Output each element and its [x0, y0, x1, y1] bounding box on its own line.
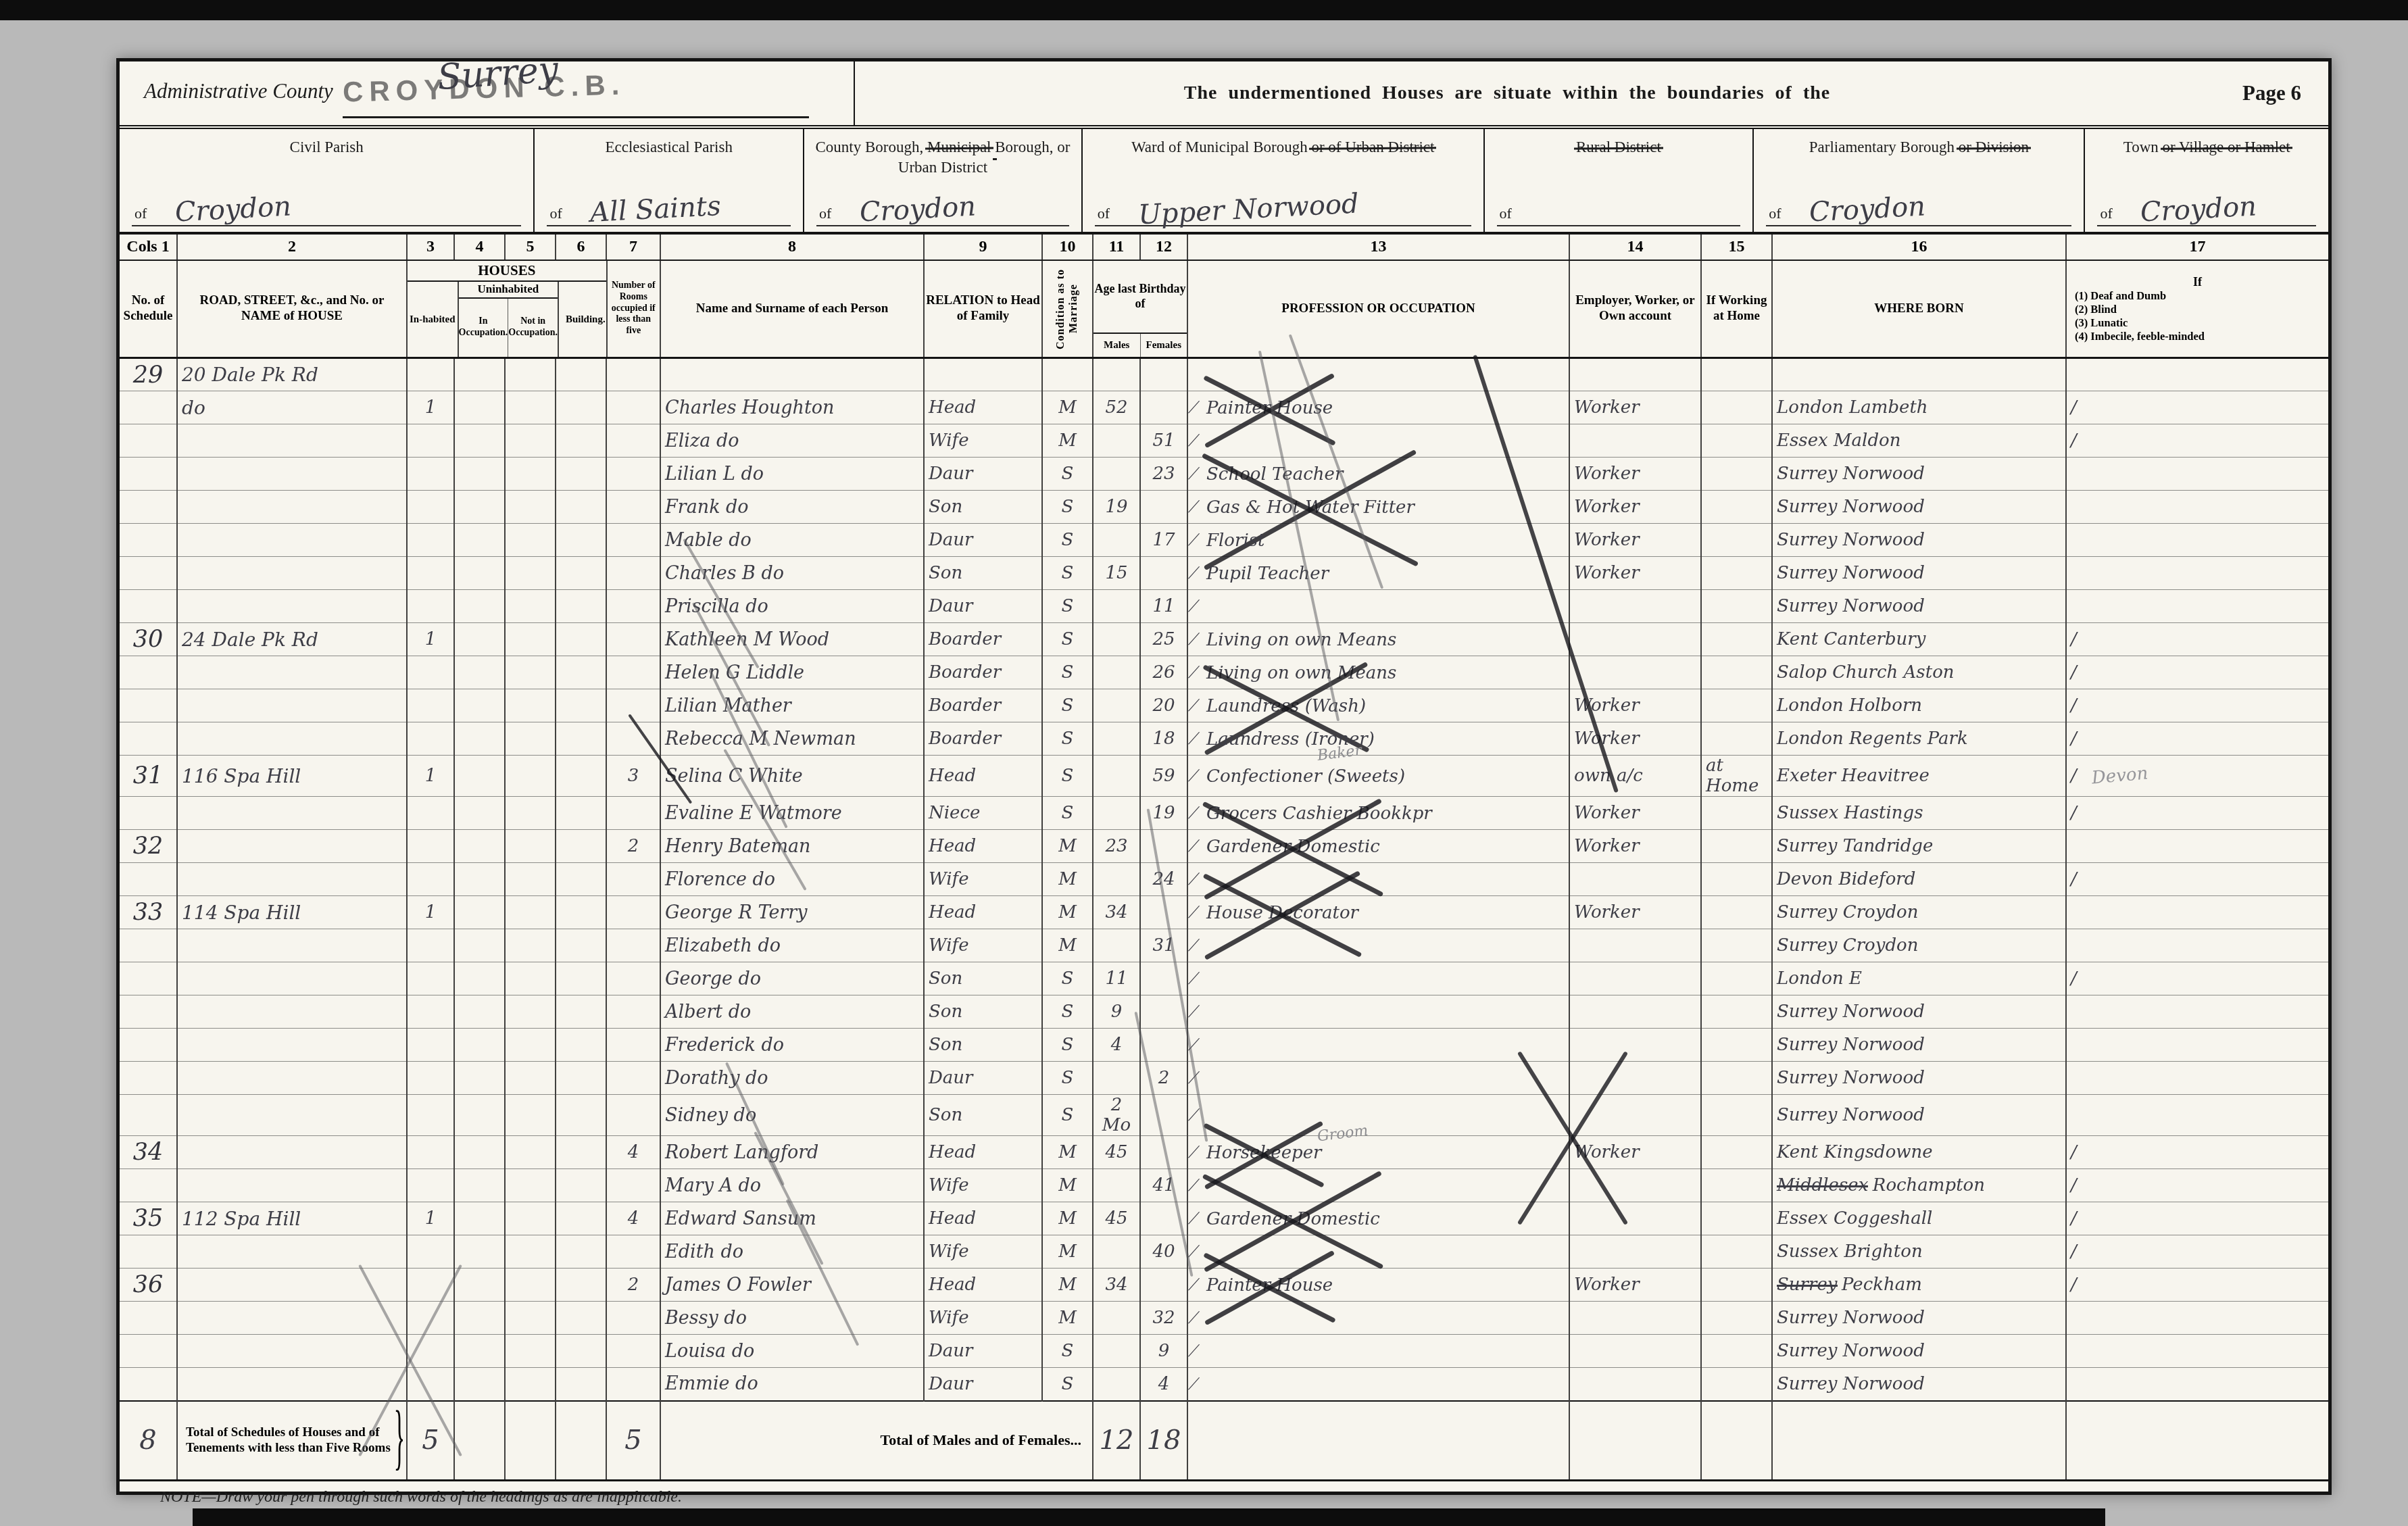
- relation-text: Wife: [929, 1241, 969, 1262]
- col-number-11: 11: [1093, 235, 1140, 260]
- cell-condition: S: [1042, 722, 1093, 756]
- cell-in-occupation: [454, 756, 505, 797]
- cell-road: [177, 1235, 407, 1269]
- person-name: Florence do: [665, 869, 775, 890]
- cell-in-occupation: [454, 1029, 505, 1062]
- cell-age-male: 52: [1093, 391, 1140, 424]
- header-condition: Condition as to Marriage: [1042, 260, 1093, 358]
- road-text: do: [182, 397, 205, 419]
- check-mark: ∕: [1191, 934, 1197, 957]
- cell-name: Robert Langford: [660, 1136, 924, 1169]
- relation-text: Boarder: [929, 695, 1001, 716]
- cell-in-occupation: [454, 623, 505, 656]
- cell-age-male: [1093, 656, 1140, 689]
- header-infirmity: If (1) Deaf and Dumb (2) Blind (3) Lunat…: [2066, 260, 2328, 358]
- cell-age-female: 2: [1140, 1062, 1187, 1095]
- cell-rooms: 4: [606, 1136, 660, 1169]
- cell-at-home: [1701, 1136, 1772, 1169]
- infirmity-mark: /: [2071, 1208, 2077, 1229]
- cell-age-female: 41: [1140, 1169, 1187, 1202]
- cell-profession: ∕: [1187, 863, 1569, 896]
- totals-inhabited: 5: [407, 1401, 454, 1481]
- cell-name: Bessy do: [660, 1302, 924, 1335]
- born-text: London Holborn: [1777, 695, 1922, 716]
- cell-where-born: Surrey Norwood: [1772, 1029, 2066, 1062]
- cell-infirmity: [2066, 557, 2328, 590]
- cell-age-male: 34: [1093, 896, 1140, 929]
- cell-name: [660, 358, 924, 391]
- cell-inhabited: [407, 1169, 454, 1202]
- cell-infirmity: /: [2066, 391, 2328, 424]
- cell-relation: Son: [924, 995, 1042, 1029]
- cell-at-home: [1701, 1062, 1772, 1095]
- cell-relation: Boarder: [924, 722, 1042, 756]
- relation-text: Head: [929, 902, 976, 922]
- check-mark: ∕: [1191, 1306, 1197, 1329]
- rooms-count: 3: [628, 766, 639, 786]
- col-number-1: Cols 1: [120, 235, 177, 260]
- cell-employer: [1569, 1235, 1701, 1269]
- cell-not-in-occupation: [505, 689, 556, 722]
- totals-not-in-occupation: [505, 1401, 556, 1481]
- cell-name: Frank do: [660, 491, 924, 524]
- cell-building: [556, 1202, 606, 1235]
- district-label-part: or Division: [1959, 139, 2029, 155]
- employer-text: Worker: [1574, 397, 1640, 418]
- profession-text: House Decorator: [1206, 903, 1358, 923]
- cell-inhabited: [407, 358, 454, 391]
- cell-where-born: London Regents Park: [1772, 722, 2066, 756]
- cell-condition: S: [1042, 797, 1093, 830]
- cell-road: [177, 1269, 407, 1302]
- check-mark: ∕: [1191, 1000, 1197, 1023]
- infirmity-mark: /: [2071, 803, 2077, 823]
- condition-text: S: [1062, 1035, 1074, 1055]
- cell-relation: Head: [924, 1269, 1042, 1302]
- cell-infirmity: [2066, 929, 2328, 962]
- profession-text: Painter House: [1206, 1275, 1333, 1296]
- cell-relation: Daur: [924, 1335, 1042, 1368]
- cell-not-in-occupation: [505, 1062, 556, 1095]
- infirmity-pencil-note: Devon: [2091, 763, 2149, 788]
- totals-males-females-label: Total of Males and of Females...: [660, 1401, 1093, 1481]
- cell-relation: Wife: [924, 929, 1042, 962]
- cell-at-home: [1701, 995, 1772, 1029]
- cell-employer: Worker: [1569, 797, 1701, 830]
- relation-text: Head: [929, 1275, 976, 1295]
- cell-condition: S: [1042, 995, 1093, 1029]
- person-name: Mable do: [665, 530, 752, 551]
- cell-condition: M: [1042, 1202, 1093, 1235]
- cell-relation: Head: [924, 1136, 1042, 1169]
- cell-rooms: [606, 797, 660, 830]
- relation-text: Daur: [929, 530, 973, 550]
- person-name: Robert Langford: [665, 1142, 818, 1163]
- age-female: 11: [1152, 596, 1175, 616]
- district-label: Ward of Municipal Borough or of Urban Di…: [1083, 137, 1483, 157]
- cell-schedule: [120, 1335, 177, 1368]
- census-table: Cols 1 2 3 4 5 6 7 8 9 10 11 12 13 14 15…: [120, 235, 2328, 1481]
- condition-text: S: [1062, 729, 1074, 749]
- condition-text: S: [1062, 1002, 1074, 1022]
- cell-age-male: [1093, 524, 1140, 557]
- table-row: Albert doSonS9∕Surrey Norwood: [120, 995, 2328, 1029]
- road-text: 116 Spa Hill: [182, 765, 301, 787]
- condition-text: S: [1062, 629, 1074, 649]
- table-row: 31116 Spa Hill13Selina C WhiteHeadS59∕Ba…: [120, 756, 2328, 797]
- administrative-county-value: Surrey: [436, 49, 560, 98]
- check-mark: ∕: [1191, 595, 1197, 618]
- born-text: Surrey Norwood: [1777, 1002, 1925, 1022]
- cell-employer: Worker: [1569, 1269, 1701, 1302]
- employer-text: Worker: [1574, 1142, 1640, 1162]
- cell-age-male: [1093, 689, 1140, 722]
- age-female: 23: [1152, 464, 1175, 484]
- cell-age-male: [1093, 1368, 1140, 1401]
- cell-at-home: [1701, 1302, 1772, 1335]
- cell-at-home: at Home: [1701, 756, 1772, 797]
- cell-rooms: [606, 863, 660, 896]
- cell-profession: ∕Laundress (Wash): [1187, 689, 1569, 722]
- cell-profession: ∕House Decorator: [1187, 896, 1569, 929]
- condition-text: M: [1058, 430, 1077, 451]
- born-text: Surrey Norwood: [1777, 1105, 1925, 1125]
- district-value-line: ofAll Saints: [547, 182, 791, 226]
- totals-females: 18: [1140, 1401, 1187, 1481]
- cell-employer: [1569, 590, 1701, 623]
- relation-text: Boarder: [929, 662, 1001, 683]
- cell-name: James O Fowler: [660, 1269, 924, 1302]
- cell-employer: Worker: [1569, 1136, 1701, 1169]
- person-name: Helen G Liddle: [665, 662, 804, 683]
- cell-rooms: [606, 524, 660, 557]
- cell-employer: own a/c: [1569, 756, 1701, 797]
- header-houses-group: HOUSES In-habited Uninhabited In Occupat…: [407, 260, 660, 358]
- employer-text: Worker: [1574, 464, 1640, 484]
- age-female: 18: [1152, 729, 1175, 749]
- cell-inhabited: [407, 1269, 454, 1302]
- table-row: Helen G LiddleBoarderS26∕Living on own M…: [120, 656, 2328, 689]
- cell-age-male: 9: [1093, 995, 1140, 1029]
- profession-text: Confectioner (Sweets): [1206, 766, 1405, 787]
- check-mark: ∕: [1191, 628, 1197, 651]
- cell-road: [177, 491, 407, 524]
- road-text: 20 Dale Pk Rd: [182, 364, 318, 386]
- admin-county-rule: [343, 116, 809, 118]
- cell-schedule: [120, 1062, 177, 1095]
- person-name: Selina C White: [665, 766, 803, 787]
- cell-where-born: Exeter Heavitree: [1772, 756, 2066, 797]
- cell-schedule: 35: [120, 1202, 177, 1235]
- person-name: Albert do: [665, 1002, 751, 1023]
- cell-relation: Head: [924, 1202, 1042, 1235]
- inhabited-mark: 1: [425, 902, 437, 922]
- cell-age-female: 19: [1140, 797, 1187, 830]
- cell-where-born: Surrey Norwood: [1772, 524, 2066, 557]
- cell-where-born: London Holborn: [1772, 689, 2066, 722]
- profession-text: Gardener Domestic: [1206, 1209, 1380, 1229]
- cell-relation: Daur: [924, 1368, 1042, 1401]
- district-value-line: of: [1497, 182, 1741, 226]
- cell-in-occupation: [454, 424, 505, 458]
- cell-schedule: [120, 863, 177, 896]
- cell-profession: ∕: [1187, 995, 1569, 1029]
- relation-text: Son: [929, 1035, 962, 1055]
- cell-name: Frederick do: [660, 1029, 924, 1062]
- cell-at-home: [1701, 1368, 1772, 1401]
- cell-building: [556, 1095, 606, 1136]
- employer-text: Worker: [1574, 803, 1640, 823]
- cell-where-born: Surrey Norwood: [1772, 590, 2066, 623]
- cell-employer: Worker: [1569, 391, 1701, 424]
- cell-employer: [1569, 995, 1701, 1029]
- cell-schedule: [120, 1029, 177, 1062]
- cell-road: [177, 830, 407, 863]
- cell-building: [556, 458, 606, 491]
- cell-age-female: [1140, 557, 1187, 590]
- relation-text: Wife: [929, 1308, 969, 1328]
- check-mark: ∕: [1191, 495, 1197, 518]
- col-number-12: 12: [1140, 235, 1187, 260]
- header-age-males: Males: [1094, 334, 1141, 357]
- cell-relation: Wife: [924, 1235, 1042, 1269]
- employer-text: own a/c: [1574, 766, 1643, 786]
- cell-employer: [1569, 623, 1701, 656]
- col-number-2: 2: [177, 235, 407, 260]
- cell-infirmity: /: [2066, 797, 2328, 830]
- district-label-part: Parliamentary Borough: [1809, 139, 1955, 155]
- cell-in-occupation: [454, 1368, 505, 1401]
- cell-employer: [1569, 863, 1701, 896]
- totals-infirmity: [2066, 1401, 2328, 1481]
- totals-label: Total of Schedules of Houses and of Tene…: [177, 1401, 407, 1481]
- profession-text: Living on own Means: [1206, 630, 1396, 650]
- cell-in-occupation: [454, 1202, 505, 1235]
- schedule-number: 34: [133, 1139, 164, 1166]
- totals-building: [556, 1401, 606, 1481]
- district-0: Civil ParishofCroydon: [120, 129, 535, 232]
- totals-in-occupation: [454, 1401, 505, 1481]
- cell-condition: M: [1042, 830, 1093, 863]
- district-label: Parliamentary Borough or Division: [1754, 137, 2084, 157]
- condition-text: M: [1058, 397, 1077, 418]
- cell-inhabited: [407, 929, 454, 962]
- cell-condition: S: [1042, 1335, 1093, 1368]
- cell-in-occupation: [454, 491, 505, 524]
- cell-relation: Son: [924, 557, 1042, 590]
- born-text: Surrey Norwood: [1777, 1068, 1925, 1088]
- cell-at-home: [1701, 962, 1772, 995]
- district-4: Rural Districtof: [1485, 129, 1754, 232]
- cell-schedule: [120, 797, 177, 830]
- cell-infirmity: /: [2066, 1235, 2328, 1269]
- inhabited-mark: 1: [425, 766, 437, 786]
- cell-name: Selina C White: [660, 756, 924, 797]
- cell-where-born: Sussex Brighton: [1772, 1235, 2066, 1269]
- cell-age-female: 20: [1140, 689, 1187, 722]
- age-female: 26: [1152, 662, 1175, 683]
- infirmity-mark: /: [2071, 397, 2077, 418]
- condition-text: S: [1062, 766, 1074, 786]
- cell-not-in-occupation: [505, 458, 556, 491]
- cell-employer: [1569, 1368, 1701, 1401]
- cell-rooms: [606, 491, 660, 524]
- col-number-10: 10: [1042, 235, 1093, 260]
- cell-schedule: 34: [120, 1136, 177, 1169]
- table-row: Florence doWifeM24∕Devon Bideford/: [120, 863, 2328, 896]
- cell-not-in-occupation: [505, 1235, 556, 1269]
- cell-age-male: [1093, 590, 1140, 623]
- district-label-part: Town: [2123, 139, 2159, 155]
- profession-text: Gardener Domestic: [1206, 837, 1380, 857]
- cell-infirmity: [2066, 524, 2328, 557]
- cell-age-female: 26: [1140, 656, 1187, 689]
- relation-text: Son: [929, 497, 962, 517]
- person-name: Lilian L do: [665, 464, 764, 485]
- cell-building: [556, 830, 606, 863]
- cell-at-home: [1701, 1235, 1772, 1269]
- relation-text: Boarder: [929, 729, 1001, 749]
- district-value-text: Croydon: [174, 191, 292, 228]
- check-mark: ∕: [1191, 967, 1197, 990]
- relation-text: Daur: [929, 1068, 973, 1088]
- check-mark: ∕: [1191, 528, 1197, 551]
- age-female: 2: [1158, 1068, 1170, 1088]
- cell-condition: S: [1042, 656, 1093, 689]
- cell-not-in-occupation: [505, 863, 556, 896]
- cell-infirmity: [2066, 1302, 2328, 1335]
- check-mark: ∕: [1191, 1339, 1197, 1362]
- person-name: Edith do: [665, 1241, 743, 1262]
- condition-text: S: [1062, 1374, 1074, 1394]
- cell-age-male: 45: [1093, 1136, 1140, 1169]
- cell-employer: [1569, 1029, 1701, 1062]
- cell-not-in-occupation: [505, 424, 556, 458]
- age-male: 34: [1105, 902, 1127, 922]
- cell-employer: Worker: [1569, 830, 1701, 863]
- cell-road: [177, 1368, 407, 1401]
- cell-in-occupation: [454, 358, 505, 391]
- cell-age-male: [1093, 797, 1140, 830]
- table-row: 362James O FowlerHeadM34∕Painter HouseWo…: [120, 1269, 2328, 1302]
- district-band: Civil ParishofCroydonEcclesiastical Pari…: [120, 129, 2328, 235]
- cell-age-male: [1093, 1169, 1140, 1202]
- cell-condition: S: [1042, 524, 1093, 557]
- cell-infirmity: [2066, 1368, 2328, 1401]
- cell-rooms: [606, 1169, 660, 1202]
- cell-building: [556, 689, 606, 722]
- cell-inhabited: [407, 995, 454, 1029]
- table-row: Lilian MatherBoarderS20∕Laundress (Wash)…: [120, 689, 2328, 722]
- condition-text: M: [1058, 1241, 1077, 1262]
- cell-age-female: 18: [1140, 722, 1187, 756]
- age-male: 23: [1105, 836, 1127, 856]
- cell-rooms: [606, 1095, 660, 1136]
- cell-not-in-occupation: [505, 1136, 556, 1169]
- check-mark: ∕: [1191, 1141, 1197, 1164]
- district-value-text: All Saints: [589, 191, 722, 228]
- cell-where-born: Surrey Norwood: [1772, 1302, 2066, 1335]
- table-row: Louisa doDaurS9∕Surrey Norwood: [120, 1335, 2328, 1368]
- cell-employer: [1569, 1302, 1701, 1335]
- cell-rooms: [606, 929, 660, 962]
- born-text: Kent Canterbury: [1777, 629, 1925, 649]
- of-label: of: [1098, 205, 1110, 222]
- cell-profession: ∕: [1187, 1062, 1569, 1095]
- relation-text: Wife: [929, 935, 969, 956]
- cell-age-male: [1093, 358, 1140, 391]
- cell-at-home: [1701, 524, 1772, 557]
- born-text: Sussex Brighton: [1777, 1241, 1923, 1262]
- cell-name: Emmie do: [660, 1368, 924, 1401]
- cell-schedule: [120, 656, 177, 689]
- cell-inhabited: [407, 1302, 454, 1335]
- table-row: Dorathy doDaurS2∕Surrey Norwood: [120, 1062, 2328, 1095]
- district-2: County Borough, Municipal Borough, or Ur…: [804, 129, 1083, 232]
- cell-infirmity: /: [2066, 1136, 2328, 1169]
- cell-relation: [924, 358, 1042, 391]
- district-value-line: ofUpper Norwood: [1095, 182, 1471, 226]
- totals-males: 12: [1093, 1401, 1140, 1481]
- cell-road: [177, 424, 407, 458]
- cell-infirmity: [2066, 491, 2328, 524]
- cell-in-occupation: [454, 722, 505, 756]
- infirmity-mark: /: [2071, 662, 2077, 683]
- cell-rooms: [606, 1335, 660, 1368]
- cell-rooms: [606, 590, 660, 623]
- person-name: Louisa do: [665, 1341, 754, 1362]
- cell-employer: Worker: [1569, 524, 1701, 557]
- header-building: Building.: [559, 282, 612, 357]
- relation-text: Daur: [929, 464, 973, 484]
- cell-condition: M: [1042, 424, 1093, 458]
- relation-text: Head: [929, 766, 976, 786]
- person-name: George R Terry: [665, 902, 807, 923]
- condition-text: S: [1062, 803, 1074, 823]
- cell-schedule: [120, 590, 177, 623]
- check-mark: ∕: [1191, 429, 1197, 452]
- cell-in-occupation: [454, 962, 505, 995]
- cell-profession: ∕: [1187, 1335, 1569, 1368]
- age-female: 40: [1152, 1241, 1175, 1262]
- cell-age-female: 11: [1140, 590, 1187, 623]
- condition-text: M: [1058, 935, 1077, 956]
- road-text: 24 Dale Pk Rd: [182, 629, 318, 651]
- table-row: Frederick doSonS4∕Surrey Norwood: [120, 1029, 2328, 1062]
- relation-text: Boarder: [929, 629, 1001, 649]
- district-label-part: County Borough,: [815, 139, 923, 155]
- cell-where-born: Surrey Croydon: [1772, 929, 2066, 962]
- condition-text: S: [1062, 563, 1074, 583]
- of-label: of: [134, 205, 147, 222]
- cell-age-male: [1093, 623, 1140, 656]
- cell-road: [177, 995, 407, 1029]
- cell-infirmity: [2066, 1095, 2328, 1136]
- cell-name: George do: [660, 962, 924, 995]
- of-label: of: [2100, 205, 2112, 222]
- col-number-9: 9: [924, 235, 1042, 260]
- cell-not-in-occupation: [505, 358, 556, 391]
- cell-age-female: 32: [1140, 1302, 1187, 1335]
- totals-brace: }: [394, 1394, 405, 1486]
- cell-infirmity: [2066, 590, 2328, 623]
- relation-text: Head: [929, 836, 976, 856]
- cell-road: [177, 797, 407, 830]
- age-male: 4: [1111, 1035, 1123, 1055]
- district-5: Parliamentary Borough or DivisionofCroyd…: [1754, 129, 2085, 232]
- relation-text: Niece: [929, 803, 980, 823]
- census-body: 2920 Dale Pk Rddo1Charles HoughtonHeadM5…: [120, 358, 2328, 1401]
